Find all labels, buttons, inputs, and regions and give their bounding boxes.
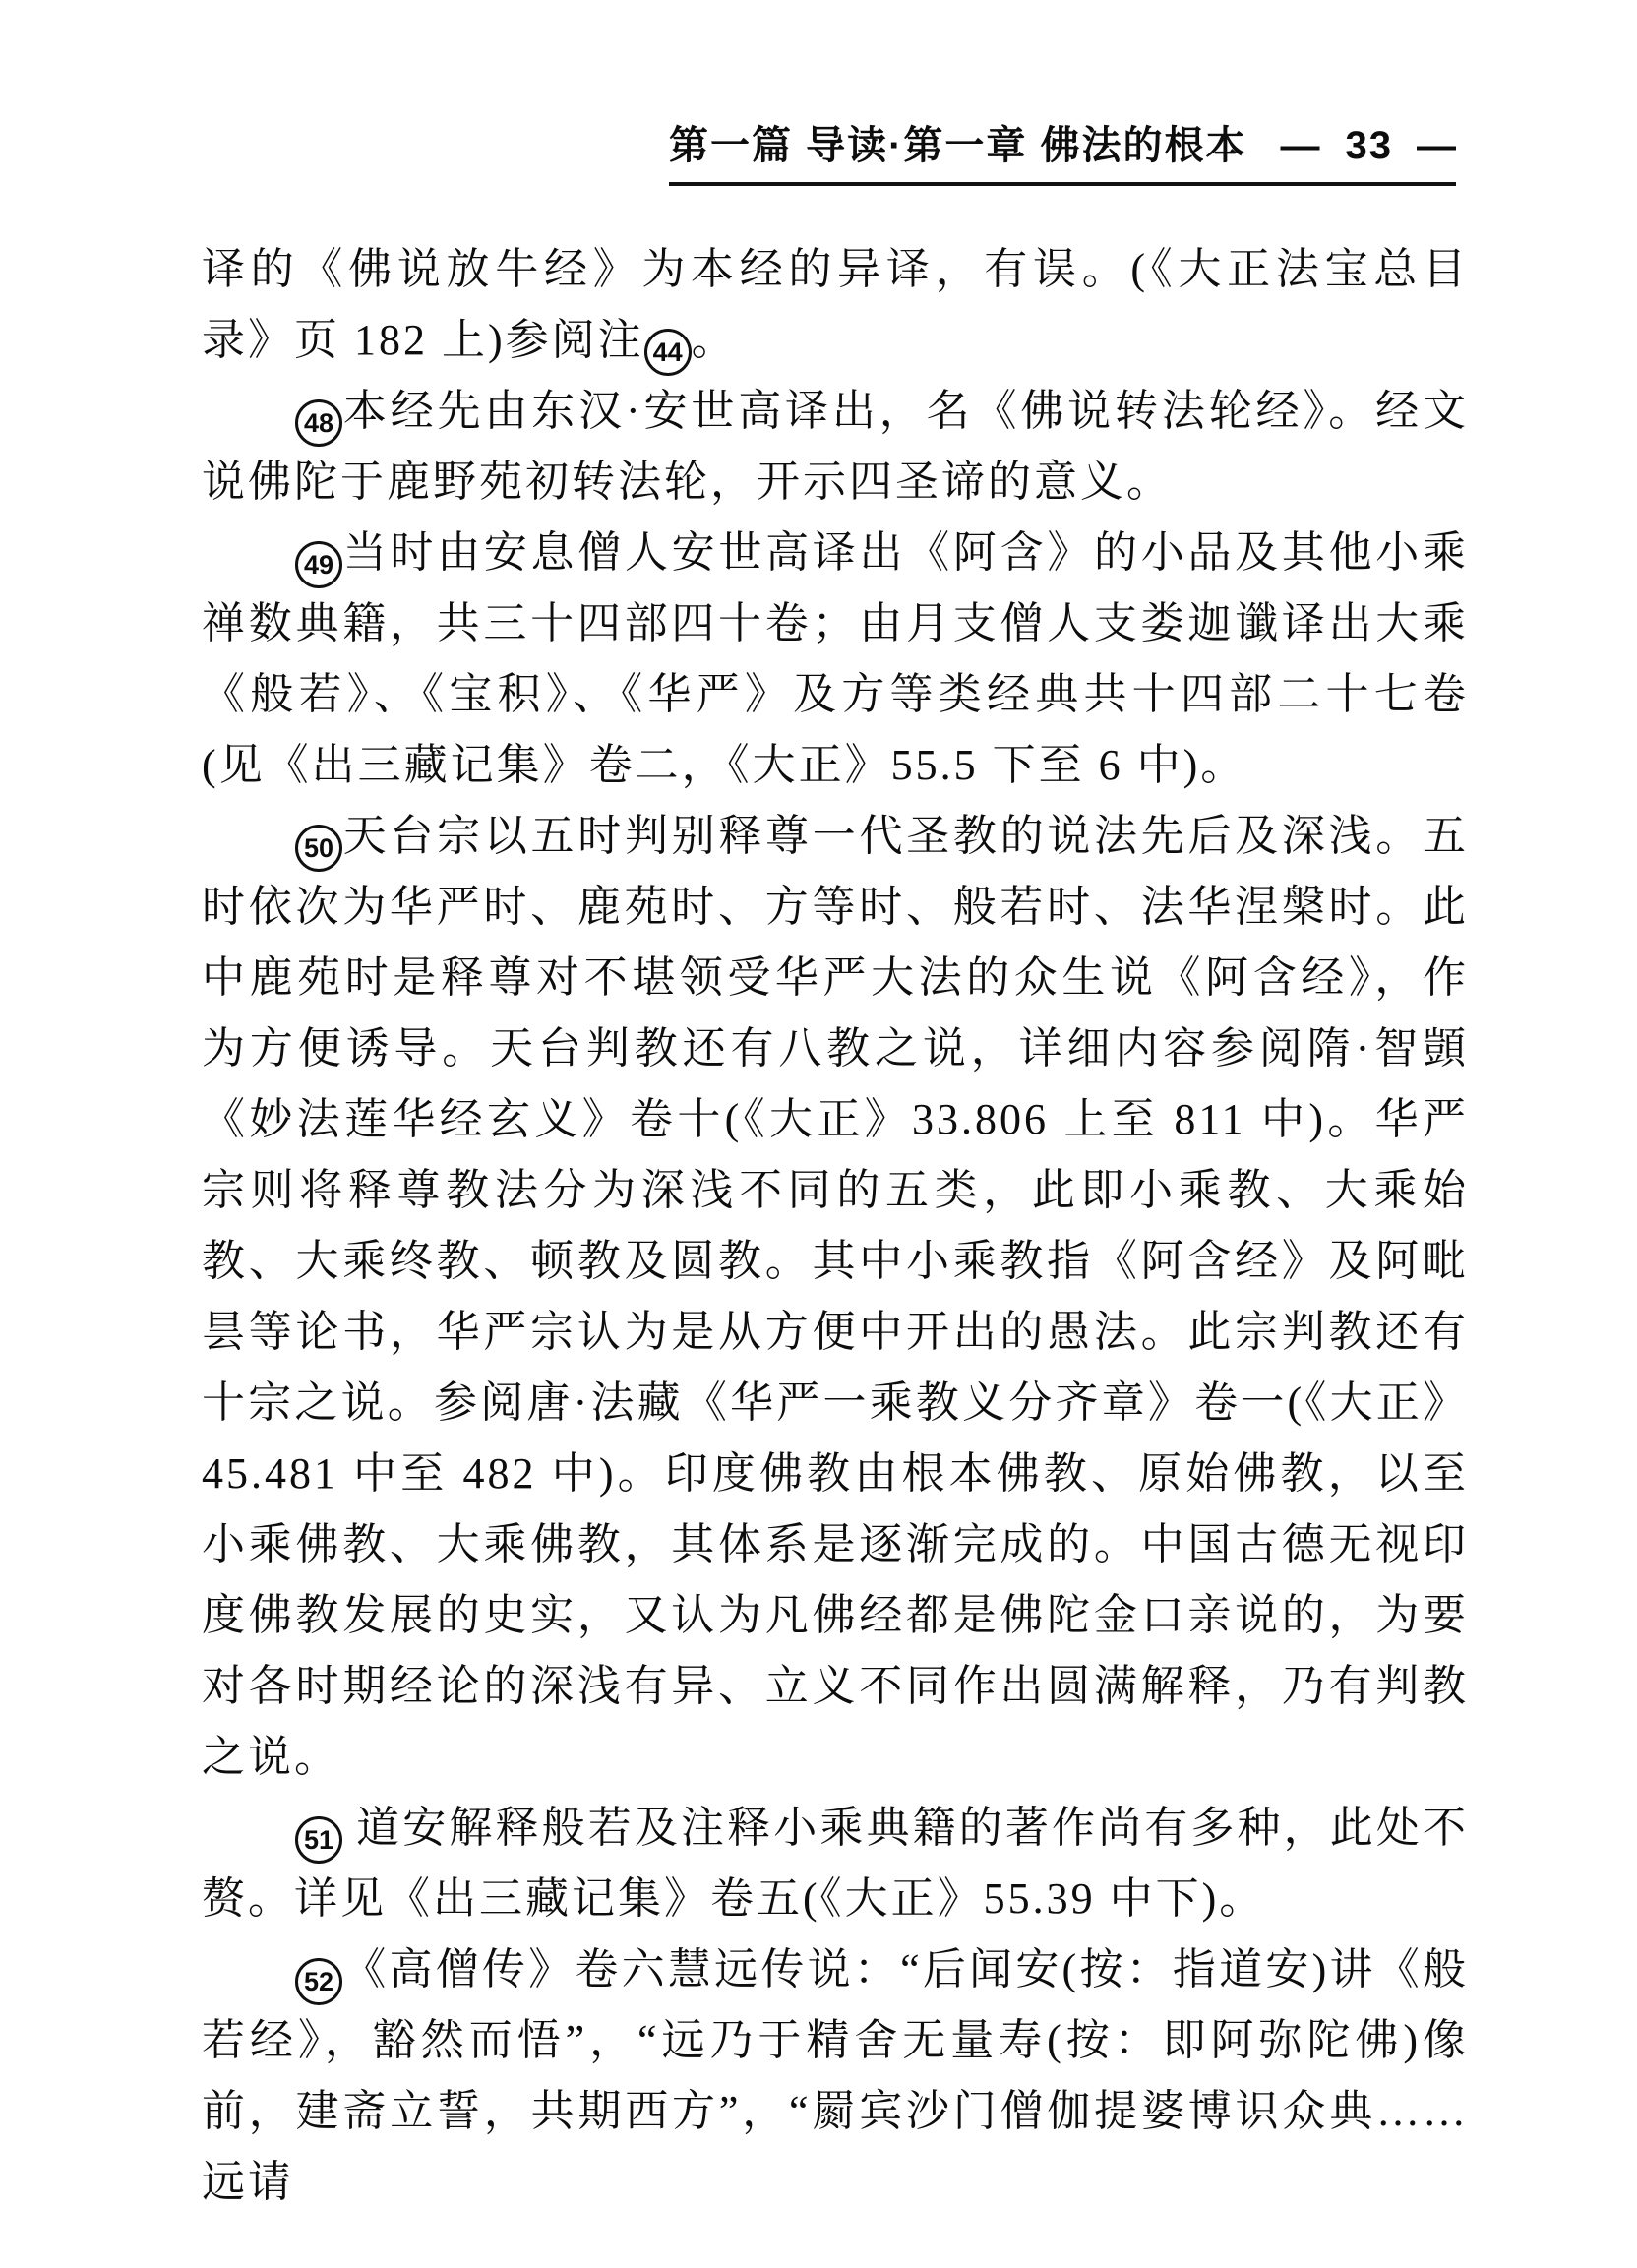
endnote-number-circled: 50 — [295, 825, 342, 872]
endnote-number-circled: 51 — [295, 1816, 342, 1864]
page-header: 第一篇 导读·第一章 佛法的根本—33— — [669, 114, 1456, 186]
page-number-group: —33— — [1275, 124, 1465, 167]
endnote-number-circled: 49 — [295, 541, 342, 588]
paragraph-text: 本经先由东汉·安世高译出，名《佛说转法轮经》。经文说佛陀于鹿野苑初转法轮，开示四… — [202, 387, 1469, 506]
book-page: { "header": { "section_title": "第一篇 导读·第… — [0, 0, 1637, 2268]
paragraph: 译的《佛说放牛经》为本经的异译，有误。(《大正法宝总目录》页 182 上)参阅注… — [202, 234, 1469, 376]
paragraph: 51 道安解释般若及注释小乘典籍的著作尚有多种，此处不赘。详见《出三藏记集》卷五… — [202, 1793, 1469, 1934]
paragraph: 49当时由安息僧人安世高译出《阿含》的小品及其他小乘禅数典籍，共三十四部四十卷；… — [202, 518, 1469, 801]
endnote-number-circled: 48 — [295, 399, 342, 447]
endnote-number-circled: 44 — [644, 329, 692, 376]
page-number-dash-left: — — [1275, 124, 1328, 167]
paragraph-text: 《高僧传》卷六慧远传说：“后闻安(按：指道安)讲《般若经》，豁然而悟”，“远乃于… — [202, 1945, 1469, 2206]
paragraph: 50天台宗以五时判别释尊一代圣教的说法先后及深浅。五时依次为华严时、鹿苑时、方等… — [202, 801, 1469, 1793]
header-section-title: 第一篇 导读·第一章 佛法的根本 — [669, 124, 1247, 167]
paragraph-text: 当时由安息僧人安世高译出《阿含》的小品及其他小乘禅数典籍，共三十四部四十卷；由月… — [202, 528, 1469, 789]
paragraph-text: 天台宗以五时判别释尊一代圣教的说法先后及深浅。五时依次为华严时、鹿苑时、方等时、… — [202, 812, 1469, 1781]
paragraph-text: 道安解释般若及注释小乘典籍的著作尚有多种，此处不赘。详见《出三藏记集》卷五(《大… — [202, 1804, 1469, 1923]
page-number: 33 — [1328, 124, 1412, 167]
paragraph-text: 。 — [692, 316, 738, 364]
running-head: 第一篇 导读·第一章 佛法的根本—33— — [669, 114, 1456, 170]
page-body: 译的《佛说放牛经》为本经的异译，有误。(《大正法宝总目录》页 182 上)参阅注… — [202, 234, 1469, 2218]
paragraph: 52《高僧传》卷六慧远传说：“后闻安(按：指道安)讲《般若经》，豁然而悟”，“远… — [202, 1934, 1469, 2218]
page-number-dash-right: — — [1411, 124, 1464, 167]
header-rule — [669, 182, 1456, 186]
paragraph-text: 译的《佛说放牛经》为本经的异译，有误。(《大正法宝总目录》页 182 上)参阅注 — [202, 245, 1469, 364]
endnote-number-circled: 52 — [295, 1958, 342, 2005]
paragraph: 48本经先由东汉·安世高译出，名《佛说转法轮经》。经文说佛陀于鹿野苑初转法轮，开… — [202, 376, 1469, 518]
